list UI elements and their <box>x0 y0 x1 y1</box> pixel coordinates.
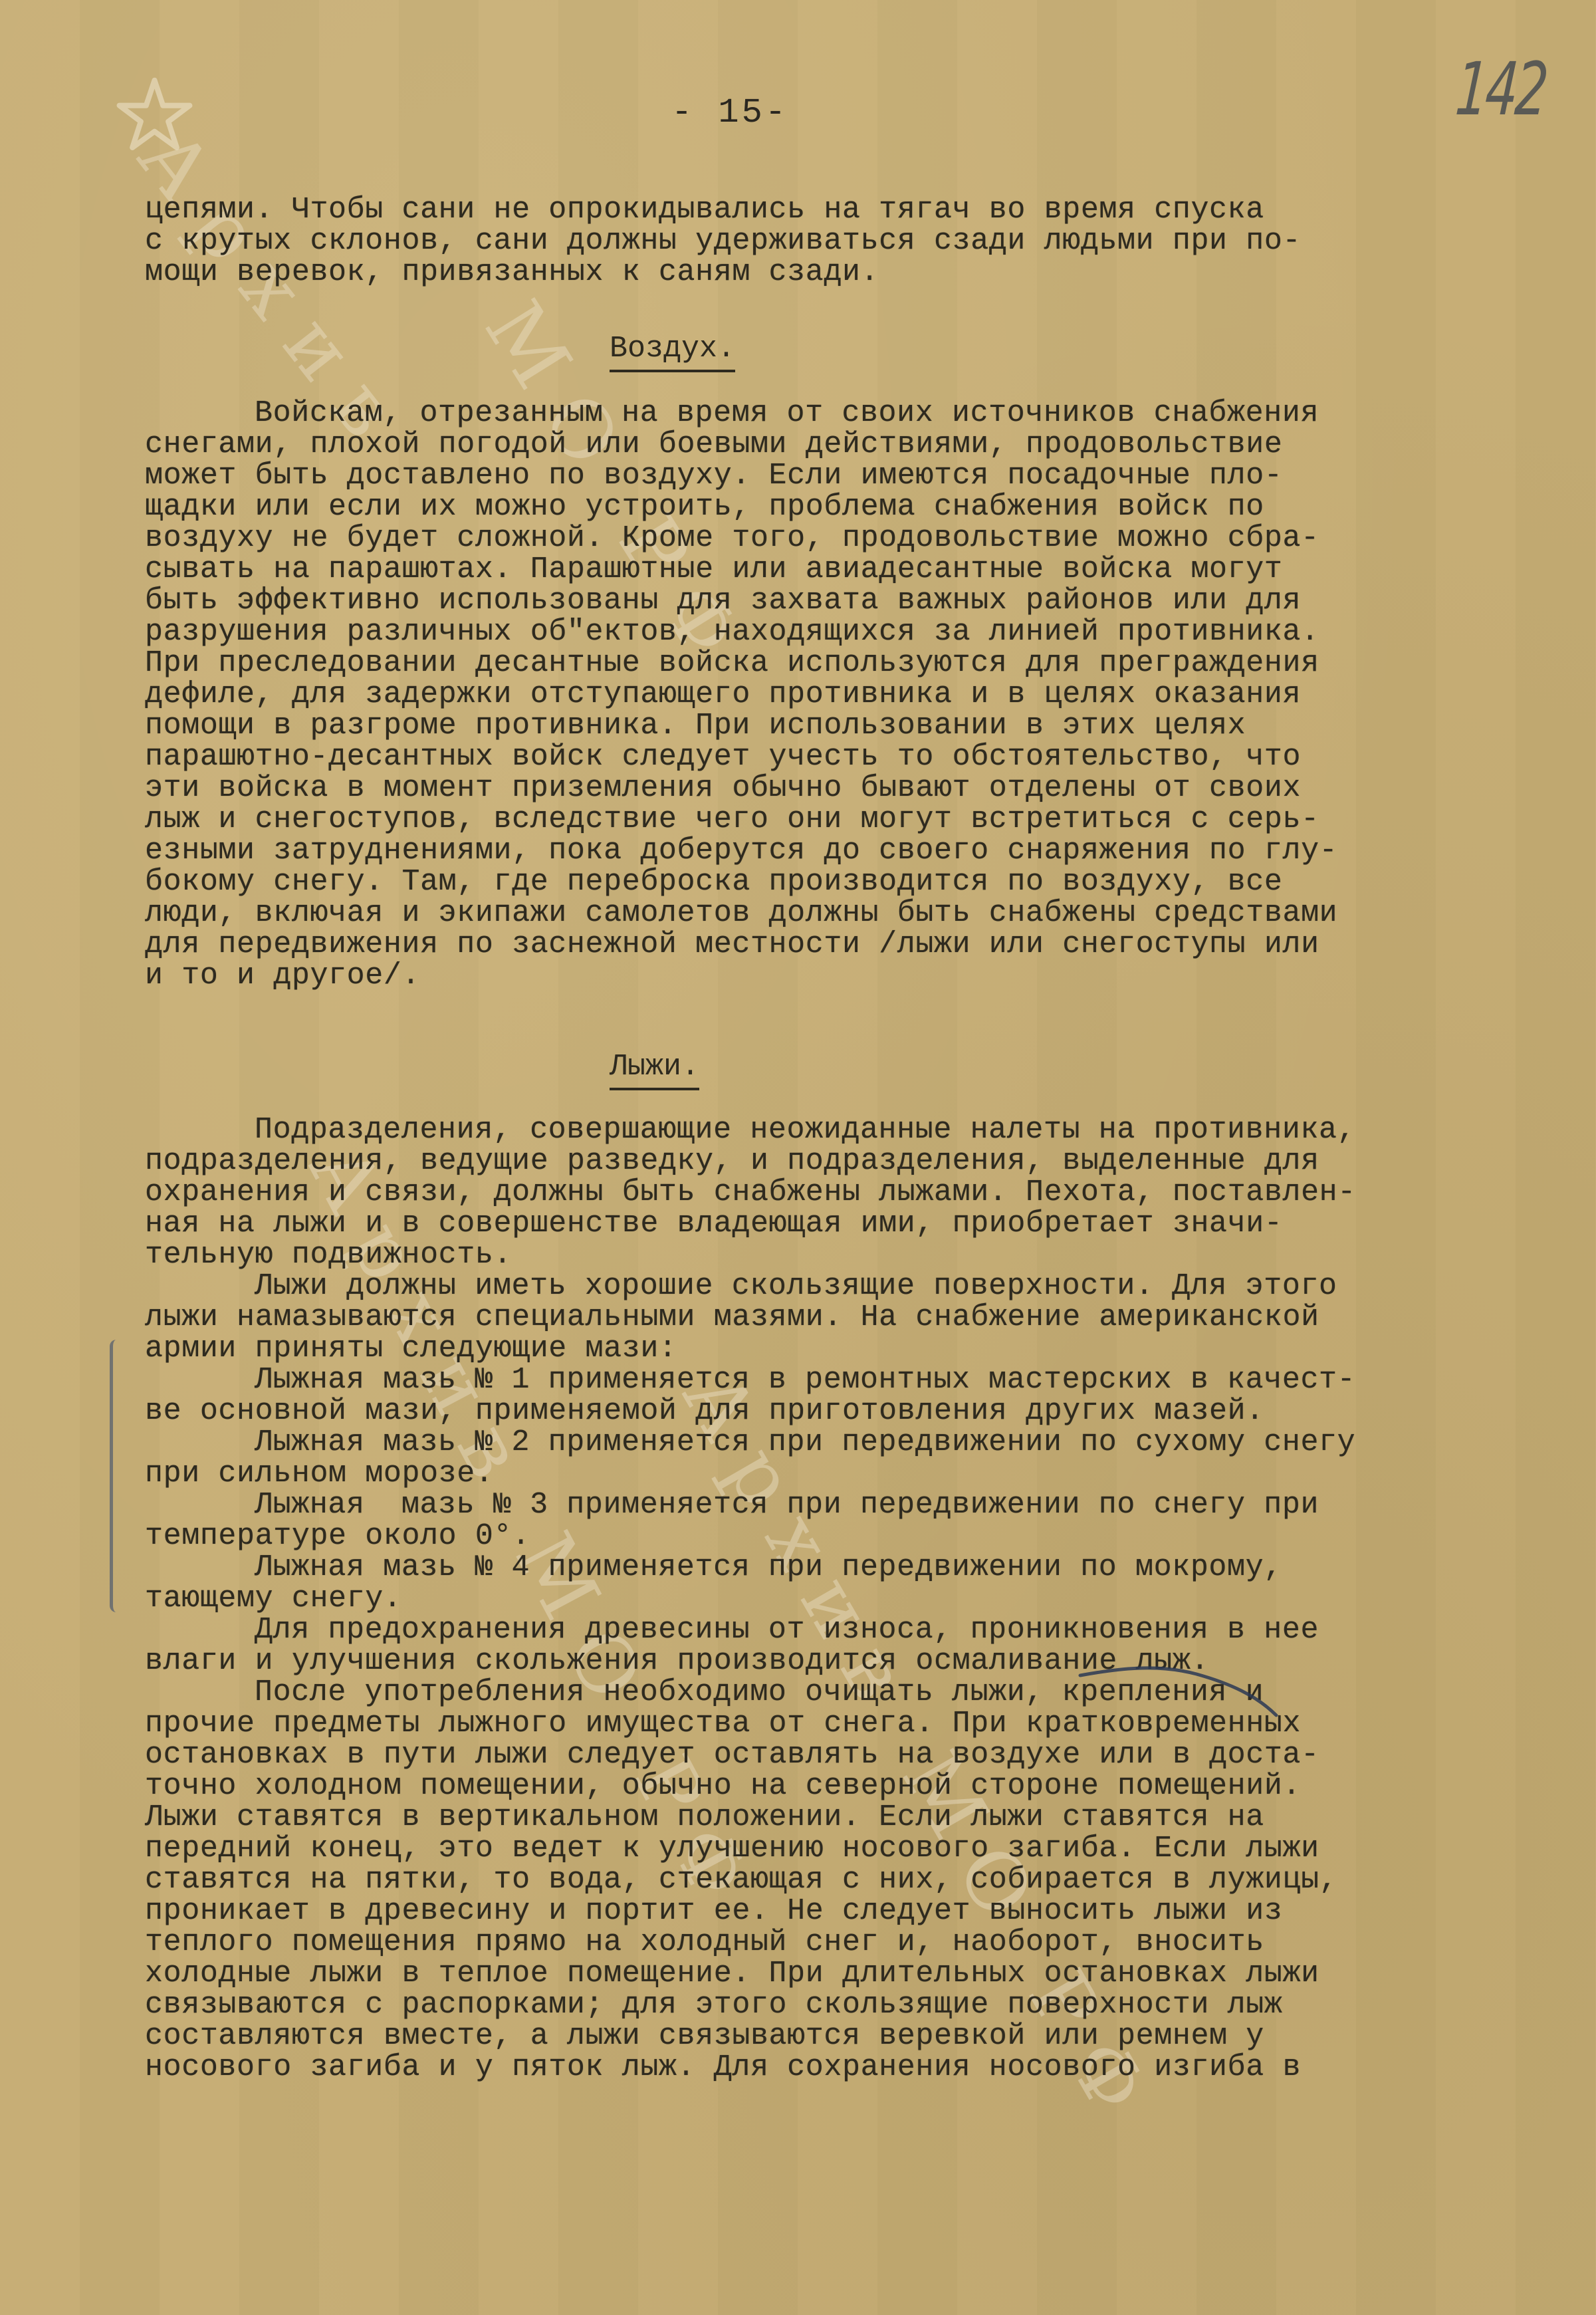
text-line: и то и другое/. <box>145 960 1587 991</box>
pencil-margin-bracket <box>110 1340 126 1612</box>
text-line: составляются вместе, а лыжи связываются … <box>145 2020 1587 2052</box>
text-line: лыжи намазываются специальными мазями. Н… <box>145 1302 1587 1333</box>
text-line: мощи веревок, привязанных к саням сзади. <box>145 257 1587 288</box>
section-heading-air: Воздух. <box>610 332 735 372</box>
text-line: носового загиба и у пяток лыж. Для сохра… <box>145 2052 1587 2083</box>
section-heading-ski: Лыжи. <box>610 1050 699 1090</box>
text-line: Лыжная мазь № 2 применяется при передвиж… <box>145 1427 1587 1458</box>
text-line: тельную подвижность. <box>145 1239 1587 1271</box>
text-line: теплого помещения прямо на холодный снег… <box>145 1927 1587 1958</box>
star-watermark-icon <box>116 76 193 153</box>
text-line: бокому снегу. Там, где переброска произв… <box>145 866 1587 898</box>
text-line: Лыжи ставятся в вертикальном положении. … <box>145 1802 1587 1833</box>
text-line: ве основной мази, применяемой для пригот… <box>145 1396 1587 1427</box>
text-line: температуре около 0°. <box>145 1521 1587 1552</box>
text-line: может быть доставлено по воздуху. Если и… <box>145 460 1587 491</box>
text-line: с крутых склонов, сани должны удерживать… <box>145 225 1587 257</box>
text-line: влаги и улучшения скольжения производитс… <box>145 1645 1587 1677</box>
text-line: Лыжная мазь № 4 применяется при передвиж… <box>145 1552 1587 1583</box>
text-line: армии приняты следующие мази: <box>145 1333 1587 1364</box>
intro-paragraph: цепями. Чтобы сани не опрокидывались на … <box>145 194 1587 288</box>
text-line: передний конец, это ведет к улучшению но… <box>145 1833 1587 1864</box>
text-line: тающему снегу. <box>145 1583 1587 1614</box>
text-line: Для предохранения древесины от износа, п… <box>145 1614 1587 1645</box>
text-line: езными затруднениями, пока доберутся до … <box>145 835 1587 866</box>
text-line: цепями. Чтобы сани не опрокидывались на … <box>145 194 1587 225</box>
ink-underline-mark <box>1077 1649 1316 1722</box>
text-line: быть эффективно использованы для захвата… <box>145 585 1587 616</box>
text-line: прочие предметы лыжного имущества от сне… <box>145 1708 1587 1739</box>
text-line: остановках в пути лыжи следует оставлять… <box>145 1739 1587 1770</box>
text-line: подразделения, ведущие разведку, и подра… <box>145 1146 1587 1177</box>
text-line: проникает в древесину и портит ее. Не сл… <box>145 1895 1587 1927</box>
text-line: воздуху не будет сложной. Кроме того, пр… <box>145 523 1587 554</box>
text-line: лыж и снегоступов, вследствие чего они м… <box>145 804 1587 835</box>
text-line: ная на лыжи и в совершенстве владеющая и… <box>145 1208 1587 1239</box>
text-line: связываются с распорками; для этого скол… <box>145 1989 1587 2020</box>
archive-sheet-number: 142 <box>1453 47 1549 132</box>
text-line: люди, включая и экипажи самолетов должны… <box>145 898 1587 929</box>
text-line: холодные лыжи в теплое помещение. При дл… <box>145 1958 1587 1989</box>
text-line: Подразделения, совершающие неожиданные н… <box>145 1114 1587 1146</box>
text-line: для передвижения по заснежной местности … <box>145 929 1587 960</box>
text-line: при сильном морозе. <box>145 1458 1587 1489</box>
text-line: Лыжи должны иметь хорошие скользящие пов… <box>145 1271 1587 1302</box>
text-line: сывать на парашютах. Парашютные или авиа… <box>145 554 1587 585</box>
section-air-body: Войскам, отрезанным на время от своих ис… <box>145 398 1587 991</box>
page-number: - 15- <box>671 93 788 132</box>
text-line: Войскам, отрезанным на время от своих ис… <box>145 398 1587 429</box>
text-line: снегами, плохой погодой или боевыми дейс… <box>145 429 1587 460</box>
text-line: дефиле, для задержки отступающего против… <box>145 679 1587 710</box>
text-line: Лыжная мазь № 1 применяется в ремонтных … <box>145 1364 1587 1396</box>
text-line: ставятся на пятки, то вода, стекающая с … <box>145 1864 1587 1895</box>
text-line: Лыжная мазь № 3 применяется при передвиж… <box>145 1489 1587 1521</box>
text-line: парашютно-десантных войск следует учесть… <box>145 741 1587 773</box>
text-line: После употребления необходимо очищать лы… <box>145 1677 1587 1708</box>
text-line: эти войска в момент приземления обычно б… <box>145 773 1587 804</box>
text-line: При преследовании десантные войска испол… <box>145 648 1587 679</box>
text-line: охранения и связи, должны быть снабжены … <box>145 1177 1587 1208</box>
text-line: разрушения различных об"ектов, находящих… <box>145 616 1587 648</box>
section-ski-body: Подразделения, совершающие неожиданные н… <box>145 1114 1587 2083</box>
text-line: помощи в разгроме противника. При исполь… <box>145 710 1587 741</box>
text-line: точно холодном помещении, обычно на севе… <box>145 1770 1587 1802</box>
text-line: щадки или если их можно устроить, пробле… <box>145 491 1587 523</box>
